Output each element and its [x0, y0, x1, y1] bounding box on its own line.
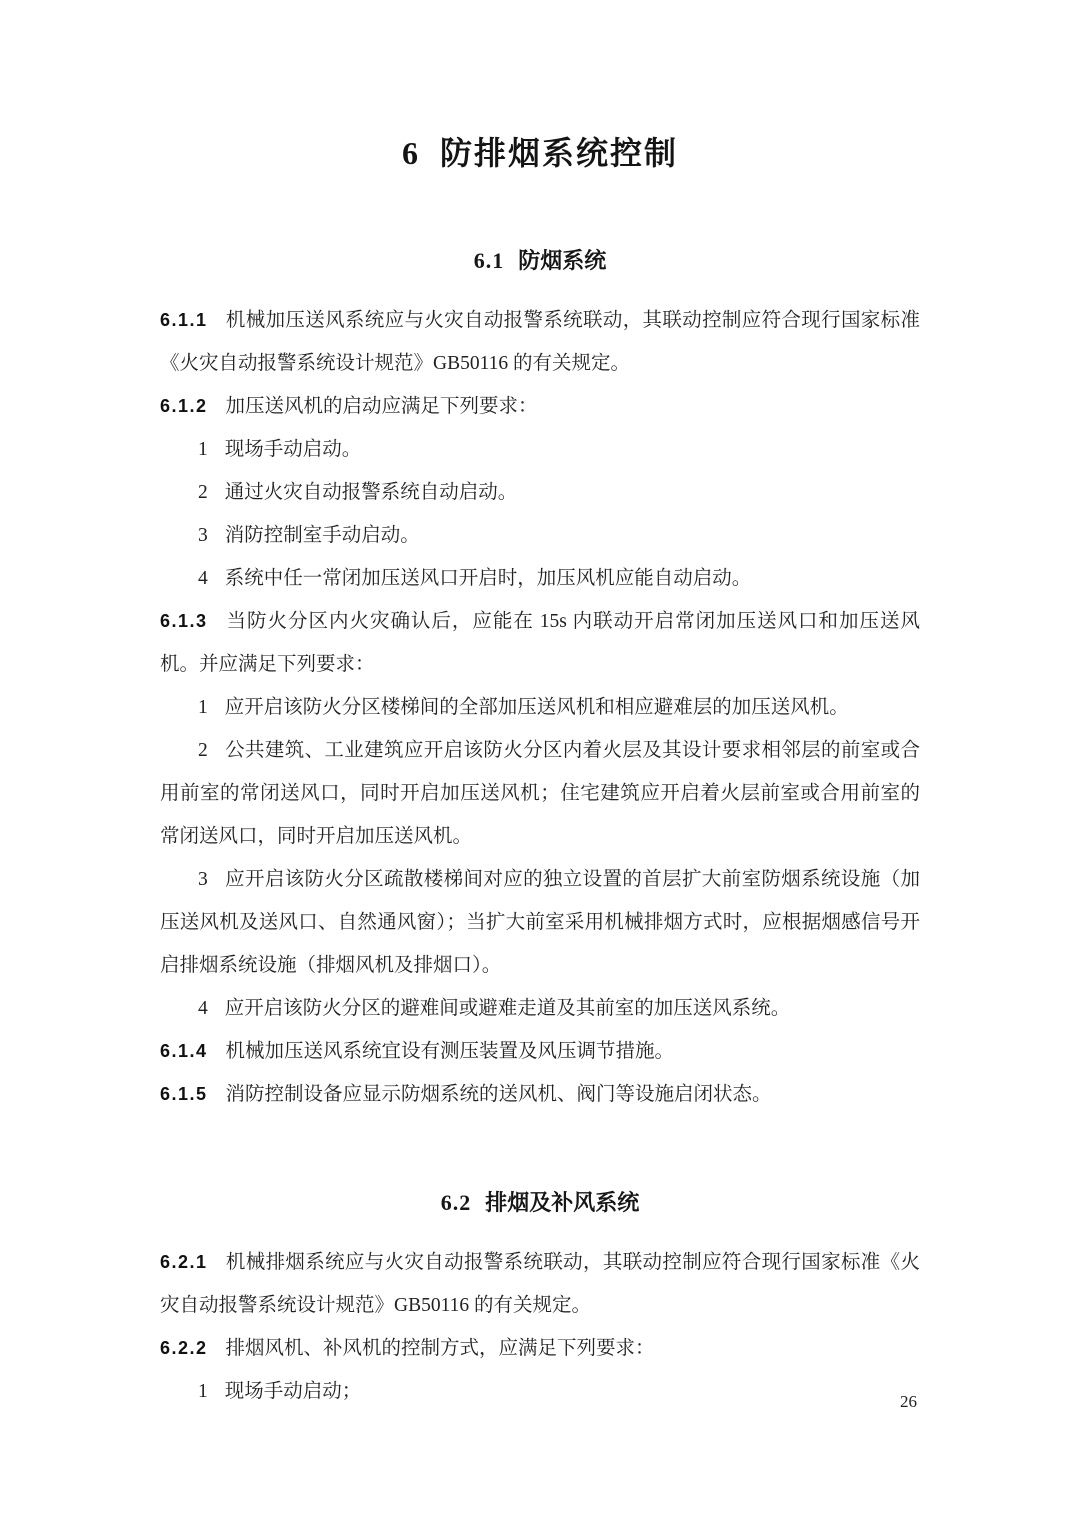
clause-paragraph: 6.1.1机械加压送风系统应与火灾自动报警系统联动，其联动控制应符合现行国家标准…	[160, 299, 920, 385]
paragraph-text: 机械排烟系统应与火灾自动报警系统联动，其联动控制应符合现行国家标准《火灾自动报警…	[160, 1252, 920, 1316]
list-item-paragraph: 4系统中任一常闭加压送风口开启时，加压风机应能自动启动。	[160, 557, 920, 600]
item-number: 1	[198, 439, 208, 460]
section-title: 排烟及补风系统	[485, 1190, 639, 1215]
paragraph-text: 通过火灾自动报警系统自动启动。	[225, 482, 518, 503]
list-item-paragraph: 3应开启该防火分区疏散楼梯间对应的独立设置的首层扩大前室防烟系统设施（加压送风机…	[160, 858, 920, 987]
paragraph-text: 应开启该防火分区疏散楼梯间对应的独立设置的首层扩大前室防烟系统设施（加压送风机及…	[160, 869, 920, 976]
item-number: 3	[198, 525, 208, 546]
paragraph-text: 机械加压送风系统应与火灾自动报警系统联动，其联动控制应符合现行国家标准《火灾自动…	[160, 310, 920, 374]
clause-paragraph: 6.2.2排烟风机、补风机的控制方式，应满足下列要求：	[160, 1327, 920, 1370]
clause-number: 6.1.4	[160, 1041, 208, 1061]
list-item-paragraph: 4应开启该防火分区的避难间或避难走道及其前室的加压送风系统。	[160, 987, 920, 1030]
list-item-paragraph: 1现场手动启动；	[160, 1370, 920, 1413]
clause-paragraph: 6.1.2加压送风机的启动应满足下列要求：	[160, 385, 920, 428]
paragraph-text: 现场手动启动。	[225, 439, 362, 460]
clause-paragraph: 6.1.4机械加压送风系统宜设有测压装置及风压调节措施。	[160, 1030, 920, 1073]
section-number: 6.1	[474, 248, 505, 273]
section-heading: 6.2排烟及补风系统	[160, 1186, 920, 1217]
item-number: 3	[198, 869, 208, 890]
section-number: 6.2	[441, 1190, 472, 1215]
paragraph-text: 消防控制室手动启动。	[225, 525, 420, 546]
clause-number: 6.1.5	[160, 1084, 208, 1104]
clause-paragraph: 6.1.3当防火分区内火灾确认后，应能在 15s 内联动开启常闭加压送风口和加压…	[160, 600, 920, 686]
list-item-paragraph: 1现场手动启动。	[160, 428, 920, 471]
clause-number: 6.2.1	[160, 1252, 208, 1272]
clause-number: 6.1.3	[160, 611, 208, 631]
list-item-paragraph: 3消防控制室手动启动。	[160, 514, 920, 557]
clause-number: 6.1.2	[160, 396, 208, 416]
item-number: 1	[198, 1381, 208, 1402]
clause-number: 6.2.2	[160, 1338, 208, 1358]
document-body: 6.1防烟系统6.1.1机械加压送风系统应与火灾自动报警系统联动，其联动控制应符…	[0, 244, 1080, 1413]
document-page: 6 防排烟系统控制 6.1防烟系统6.1.1机械加压送风系统应与火灾自动报警系统…	[0, 0, 1080, 1527]
paragraph-text: 应开启该防火分区楼梯间的全部加压送风机和相应避难层的加压送风机。	[225, 697, 849, 718]
item-number: 4	[198, 998, 208, 1019]
list-item-paragraph: 2公共建筑、工业建筑应开启该防火分区内着火层及其设计要求相邻层的前室或合用前室的…	[160, 729, 920, 858]
paragraph-text: 加压送风机的启动应满足下列要求：	[226, 396, 538, 417]
item-number: 2	[198, 482, 208, 503]
section-heading: 6.1防烟系统	[160, 244, 920, 275]
paragraph-text: 当防火分区内火灾确认后，应能在 15s 内联动开启常闭加压送风口和加压送风机。并…	[160, 611, 920, 675]
paragraph-text: 机械加压送风系统宜设有测压装置及风压调节措施。	[226, 1041, 675, 1062]
clause-number: 6.1.1	[160, 310, 208, 330]
paragraph-text: 系统中任一常闭加压送风口开启时，加压风机应能自动启动。	[225, 568, 752, 589]
list-item-paragraph: 1应开启该防火分区楼梯间的全部加压送风机和相应避难层的加压送风机。	[160, 686, 920, 729]
chapter-title: 6 防排烟系统控制	[0, 0, 1080, 174]
item-number: 1	[198, 697, 208, 718]
paragraph-text: 应开启该防火分区的避难间或避难走道及其前室的加压送风系统。	[225, 998, 791, 1019]
page-number: 26	[900, 1392, 917, 1412]
paragraph-text: 公共建筑、工业建筑应开启该防火分区内着火层及其设计要求相邻层的前室或合用前室的常…	[160, 740, 920, 847]
paragraph-text: 消防控制设备应显示防烟系统的送风机、阀门等设施启闭状态。	[226, 1084, 772, 1105]
paragraph-text: 排烟风机、补风机的控制方式，应满足下列要求：	[226, 1338, 655, 1359]
item-number: 4	[198, 568, 208, 589]
item-number: 2	[198, 740, 208, 761]
section-title: 防烟系统	[518, 248, 606, 273]
clause-paragraph: 6.2.1机械排烟系统应与火灾自动报警系统联动，其联动控制应符合现行国家标准《火…	[160, 1241, 920, 1327]
paragraph-text: 现场手动启动；	[225, 1381, 362, 1402]
clause-paragraph: 6.1.5消防控制设备应显示防烟系统的送风机、阀门等设施启闭状态。	[160, 1073, 920, 1116]
list-item-paragraph: 2通过火灾自动报警系统自动启动。	[160, 471, 920, 514]
